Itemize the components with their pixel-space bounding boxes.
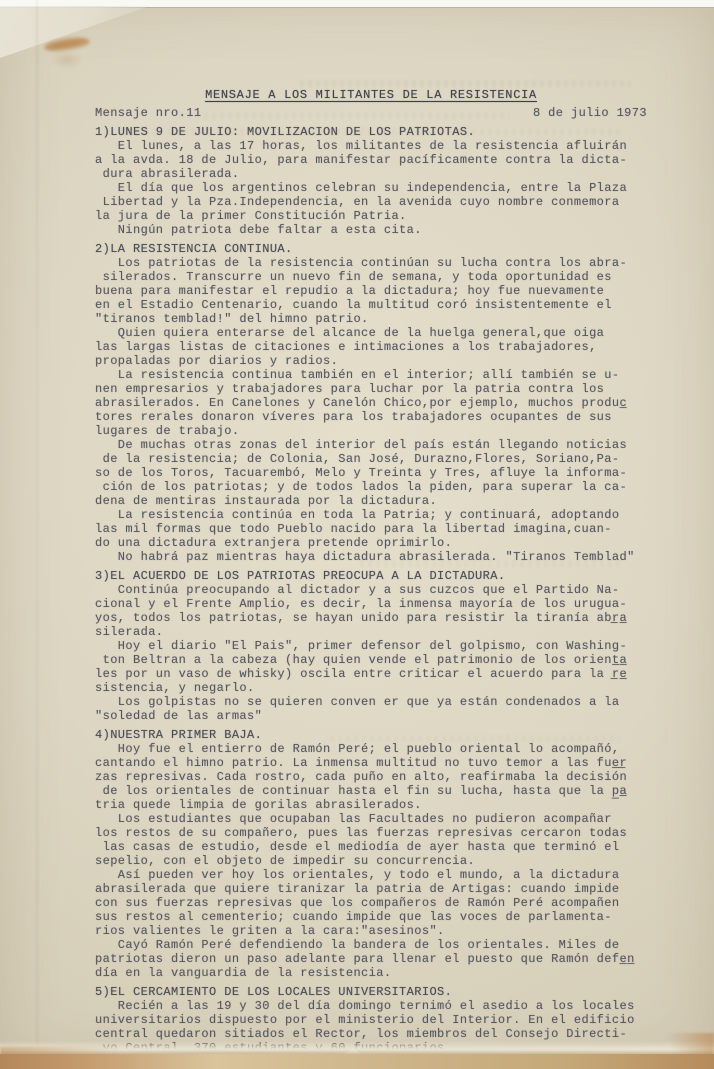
typewritten-content: MENSAJE A LOS MILITANTES DE LA RESISTENC… bbox=[95, 88, 647, 1055]
text-line: Recién a las 19 y 30 del día domingo ter… bbox=[95, 999, 647, 1013]
meta-line: Mensaje nro.11 8 de julio 1973 bbox=[95, 106, 647, 120]
text-line: do una dictadura extranjera pretende opr… bbox=[95, 536, 647, 550]
text-line: El lunes, a las 17 horas, los militantes… bbox=[95, 139, 647, 153]
text-line: central quedaron sitiados el Rector, los… bbox=[95, 1027, 647, 1041]
text-line: La resistencia continua también en el in… bbox=[95, 368, 647, 382]
text-line: rios valientes le griten a la cara:"ases… bbox=[95, 924, 647, 938]
text-line: sepelio, con el objeto de impedir su con… bbox=[95, 854, 647, 868]
text-line: Continúa preocupando al dictador y a sus… bbox=[95, 583, 647, 597]
scan-bottom-edge bbox=[0, 1054, 714, 1069]
text-line: sus restos al cementerio; cuando impide … bbox=[95, 910, 647, 924]
text-line: a la avda. 18 de Julio, para manifestar … bbox=[95, 153, 647, 167]
text-line: yos, todos los patriotas, se hayan unido… bbox=[95, 611, 647, 625]
text-line: propaladas por diarios y radios. bbox=[95, 354, 647, 368]
text-line: Libertad y la Pza.Independencia, en la a… bbox=[95, 195, 647, 209]
text-line: Así pueden ver hoy los orientales, y tod… bbox=[95, 868, 647, 882]
text-line: las largas listas de citaciones e intima… bbox=[95, 340, 647, 354]
paper-stain-halo bbox=[52, 52, 82, 68]
document-section: 1)LUNES 9 DE JULIO: MOVILIZACION DE LOS … bbox=[95, 125, 647, 237]
text-line: dena de mentiras instaurada por la dicta… bbox=[95, 494, 647, 508]
bleedthrough-ghost bbox=[300, 80, 630, 87]
text-line: ción de los patriotas; y de todos lados … bbox=[95, 480, 647, 494]
text-line: Hoy el diario "El Pais", primer defensor… bbox=[95, 639, 647, 653]
text-line: de la resistencia; de Colonia, San José,… bbox=[95, 452, 647, 466]
text-line: abrasilerada que quiere tiranizar la pat… bbox=[95, 882, 647, 896]
section-lines: Los patriotas de la resistencia continúa… bbox=[95, 256, 647, 564]
text-line: la jura de la primer Constitución Patria… bbox=[95, 209, 647, 223]
text-line: nen empresarios y trabajadores para luch… bbox=[95, 382, 647, 396]
text-line: ton Beltran a la cabeza (hay quien vende… bbox=[95, 653, 647, 667]
text-line: Ningún patriota debe faltar a esta cita. bbox=[95, 223, 647, 237]
text-line: los restos de su compañero, pues las fue… bbox=[95, 826, 647, 840]
text-line: silerada. bbox=[95, 625, 647, 639]
message-number: Mensaje nro.11 bbox=[95, 106, 201, 120]
text-line: zas represivas. Cada rostro, cada puño e… bbox=[95, 770, 647, 784]
text-line: El día que los argentinos celebran su in… bbox=[95, 181, 647, 195]
text-line: de los orientales de continuar hasta el … bbox=[95, 784, 647, 798]
text-line: De muchas otras zonas del interior del p… bbox=[95, 438, 647, 452]
text-line: en el Estadio Centenario, cuando la mult… bbox=[95, 298, 647, 312]
document-section: 3)EL ACUERDO DE LOS PATRIOTAS PREOCUPA A… bbox=[95, 569, 647, 723]
document-section: 4)NUESTRA PRIMER BAJA. Hoy fue el entier… bbox=[95, 728, 647, 980]
text-line: so de los Toros, Tacuarembó, Melo y Trei… bbox=[95, 466, 647, 480]
text-line: Los patriotas de la resistencia continúa… bbox=[95, 256, 647, 270]
paper-torn-corner bbox=[0, 6, 150, 58]
text-line: "soledad de las armas" bbox=[95, 709, 647, 723]
section-heading: 1)LUNES 9 DE JULIO: MOVILIZACION DE LOS … bbox=[95, 125, 647, 139]
text-line: cantando el himno patrio. La inmensa mul… bbox=[95, 756, 647, 770]
text-line: les por un vaso de whisky) oscila entre … bbox=[95, 667, 647, 681]
text-line: buena para manifestar el repudio a la di… bbox=[95, 284, 647, 298]
text-line: "tiranos temblad!" del himno patrio. bbox=[95, 312, 647, 326]
text-line: Cayó Ramón Peré defendiendo la bandera d… bbox=[95, 938, 647, 952]
text-line: Los golpistas no se quieren conven er qu… bbox=[95, 695, 647, 709]
section-heading: 2)LA RESISTENCIA CONTINUA. bbox=[95, 242, 647, 256]
text-line: Los estudiantes que ocupaban las Faculta… bbox=[95, 812, 647, 826]
text-line: con sus fuerzas represivas que los compa… bbox=[95, 896, 647, 910]
text-line: No habrá paz mientras haya dictadura abr… bbox=[95, 550, 647, 564]
section-heading: 3)EL ACUERDO DE LOS PATRIOTAS PREOCUPA A… bbox=[95, 569, 647, 583]
text-line: La resistencia continúa en toda la Patri… bbox=[95, 508, 647, 522]
text-line: patriotas dieron un paso adelante para l… bbox=[95, 952, 647, 966]
text-line: sistencia, y negarlo. bbox=[95, 681, 647, 695]
text-line: día en la vanguardia de la resistencia. bbox=[95, 966, 647, 980]
text-line: Hoy fue el entierro de Ramón Peré; el pu… bbox=[95, 742, 647, 756]
section-lines: Hoy fue el entierro de Ramón Peré; el pu… bbox=[95, 742, 647, 980]
paper-crease bbox=[36, 0, 38, 1069]
text-line: dura abrasilerada. bbox=[95, 167, 647, 181]
text-line: silerados. Transcurre un nuevo fin de se… bbox=[95, 270, 647, 284]
document-scan: MENSAJE A LOS MILITANTES DE LA RESISTENC… bbox=[0, 0, 714, 1069]
text-line: tria quede limpia de gorilas abrasilerad… bbox=[95, 798, 647, 812]
section-heading: 5)EL CERCAMIENTO DE LOS LOCALES UNIVERSI… bbox=[95, 985, 647, 999]
section-lines: El lunes, a las 17 horas, los militantes… bbox=[95, 139, 647, 237]
document-sections: 1)LUNES 9 DE JULIO: MOVILIZACION DE LOS … bbox=[95, 125, 647, 1055]
section-lines: Continúa preocupando al dictador y a sus… bbox=[95, 583, 647, 723]
document-date: 8 de julio 1973 bbox=[533, 106, 647, 120]
text-line: lugares de trabajo. bbox=[95, 424, 647, 438]
text-line: universitarios dispuesto por el minister… bbox=[95, 1013, 647, 1027]
text-line: Quien quiera enterarse del alcance de la… bbox=[95, 326, 647, 340]
document-section: 2)LA RESISTENCIA CONTINUA. Los patriotas… bbox=[95, 242, 647, 564]
text-line: las mil formas que todo Pueblo nacido pa… bbox=[95, 522, 647, 536]
document-title: MENSAJE A LOS MILITANTES DE LA RESISTENC… bbox=[95, 88, 647, 102]
section-heading: 4)NUESTRA PRIMER BAJA. bbox=[95, 728, 647, 742]
text-line: cional y el Frente Amplio, es decir, la … bbox=[95, 597, 647, 611]
text-line: las casas de estudio, desde el mediodía … bbox=[95, 840, 647, 854]
text-line: tores rerales donaron víveres para los t… bbox=[95, 410, 647, 424]
text-line: abrasilerados. En Canelones y Canelón Ch… bbox=[95, 396, 647, 410]
